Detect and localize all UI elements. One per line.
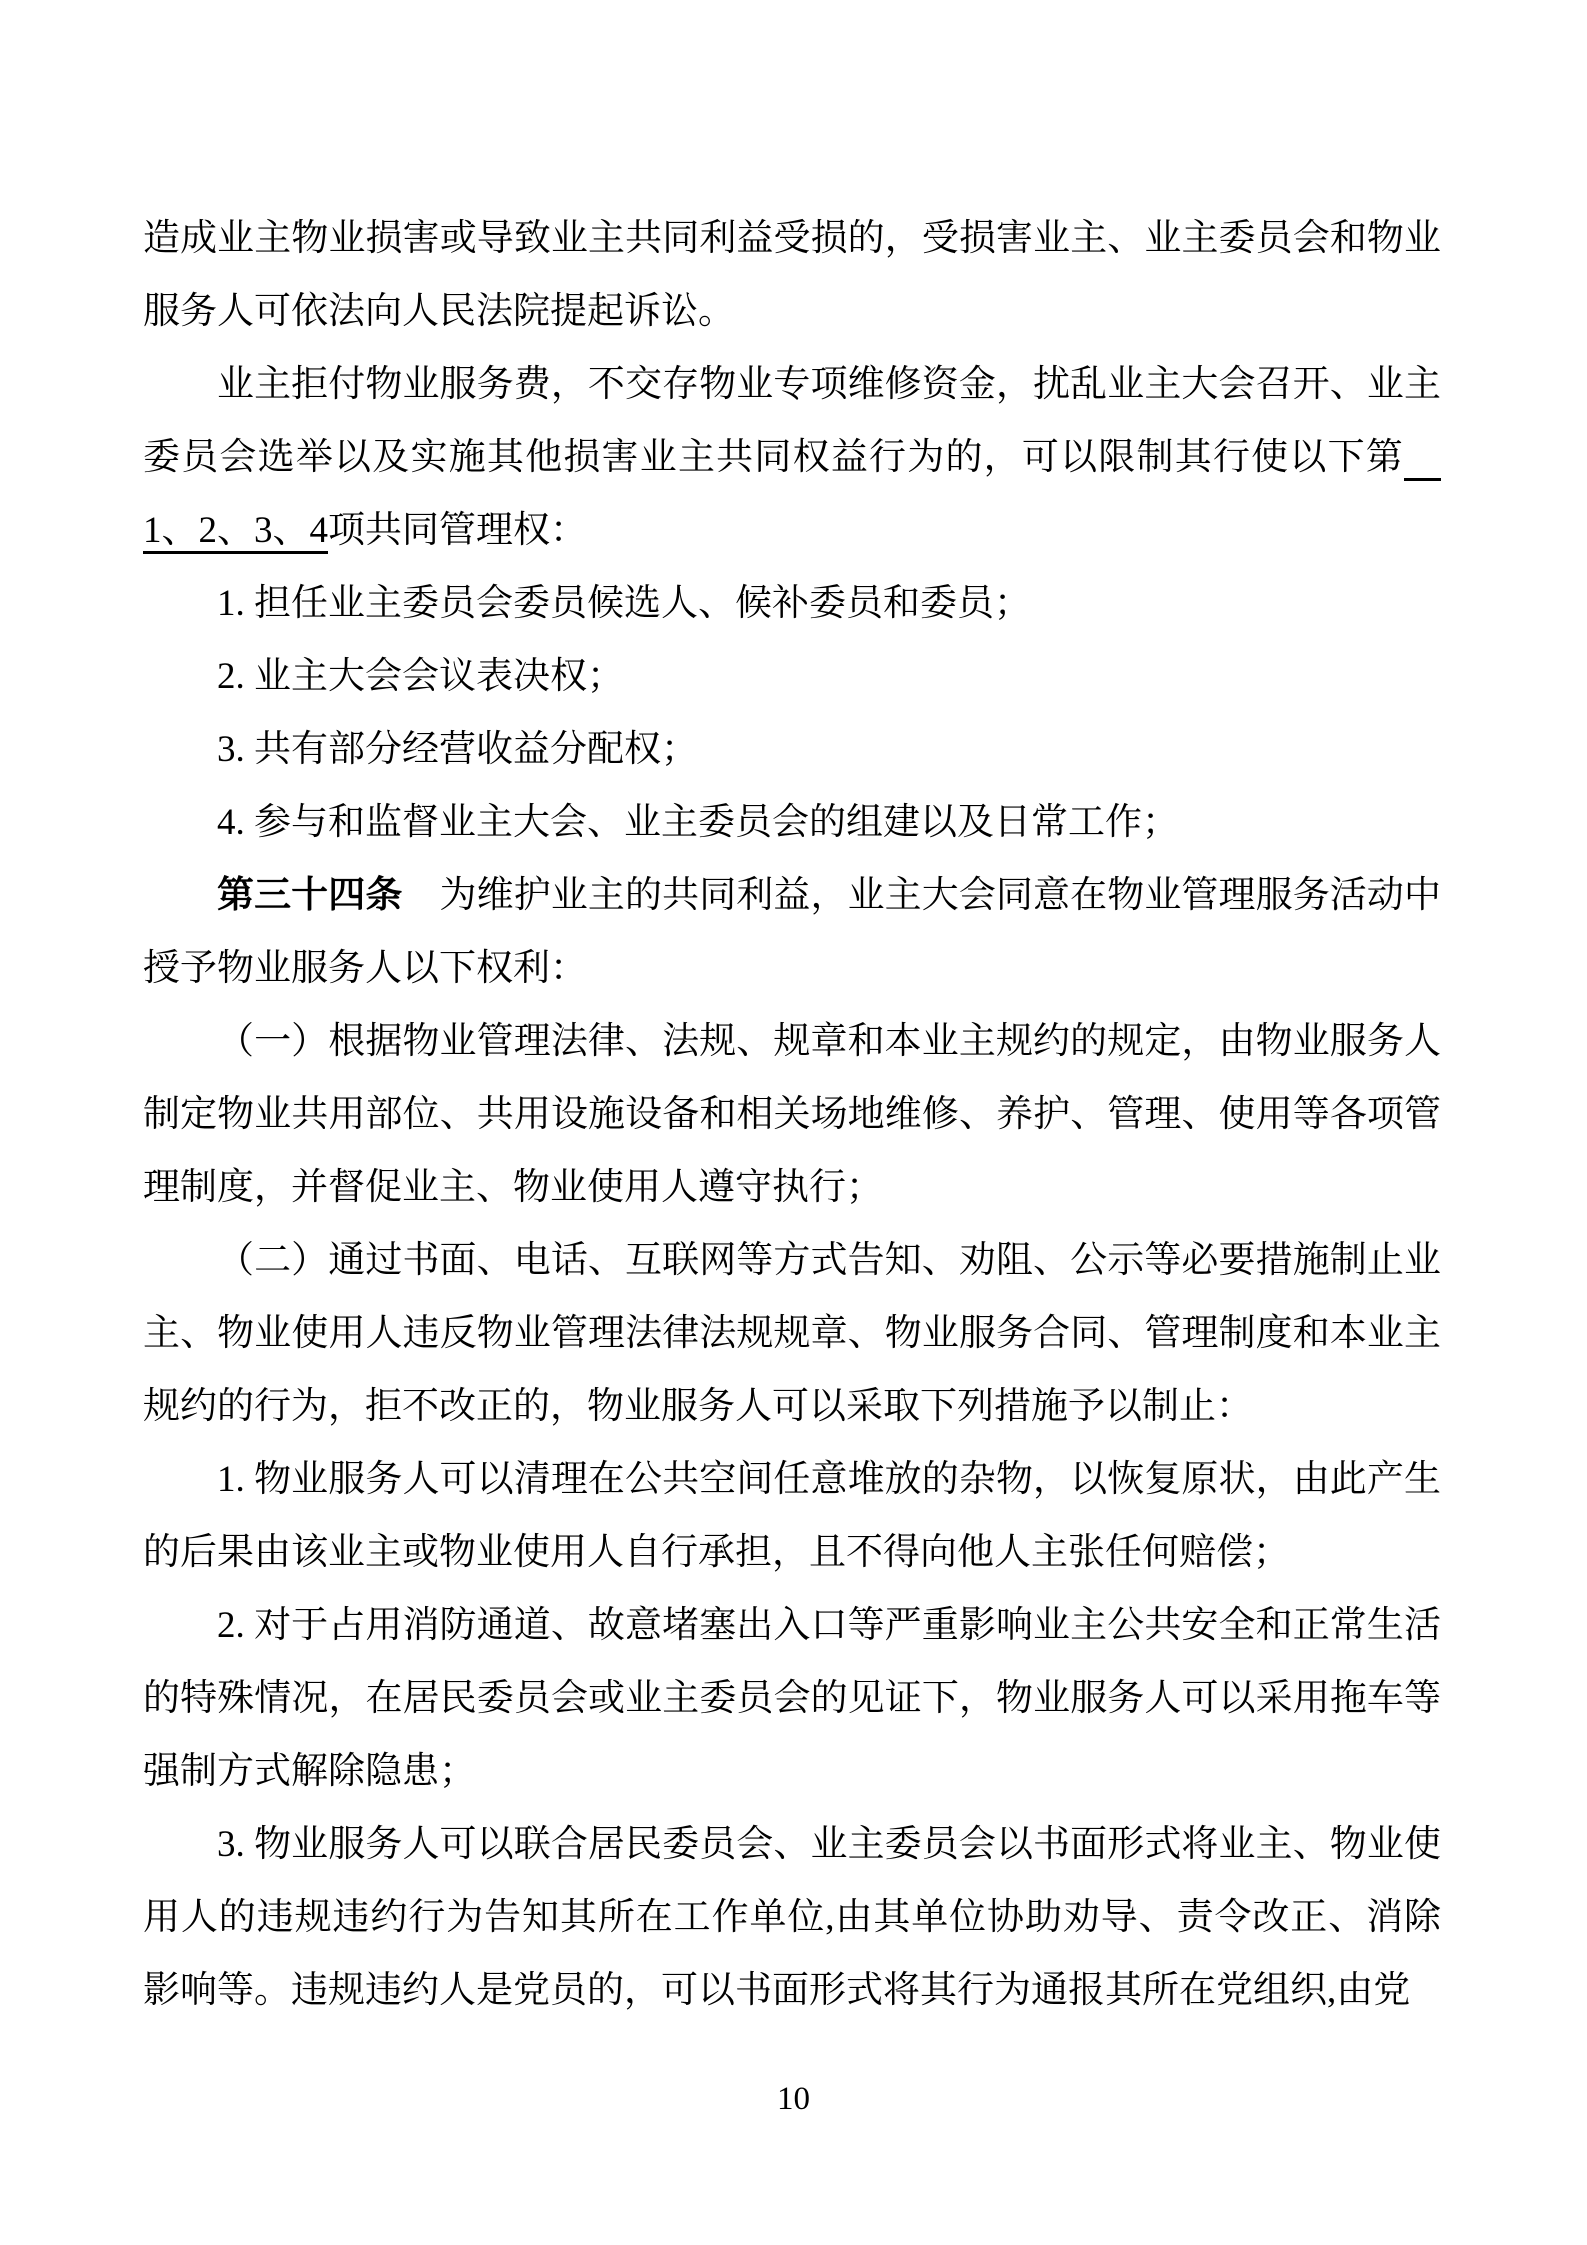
paragraph-9: （二）通过书面、电话、互联网等方式告知、劝阻、公示等必要措施制止业主、物业使用人… [143,1224,1441,1443]
paragraph-1: 造成业主物业损害或导致业主共同利益受损的，受损害业主、业主委员会和物业服务人可依… [143,202,1441,348]
text-run: 4. 参与和监督业主大会、业主委员会的组建以及日常工作； [217,802,1179,843]
page-number: 10 [777,2081,810,2117]
page-footer: 10 [0,2080,1587,2120]
paragraph-7: 第三十四条 为维护业主的共同利益，业主大会同意在物业管理服务活动中授予物业服务人… [143,859,1441,1005]
text-run: （一）根据物业管理法律、法规、规章和本业主规约的规定，由物业服务人制定物业共用部… [143,1021,1441,1208]
text-run: 3. 共有部分经营收益分配权； [217,729,698,770]
paragraph-4: 2. 业主大会会议表决权； [143,640,1441,713]
document-page: 造成业主物业损害或导致业主共同利益受损的，受损害业主、业主委员会和物业服务人可依… [0,0,1587,2245]
document-body: 造成业主物业损害或导致业主共同利益受损的，受损害业主、业主委员会和物业服务人可依… [143,202,1441,2027]
paragraph-2: 业主拒付物业服务费，不交存物业专项维修资金，扰乱业主大会召开、业主委员会选举以及… [143,348,1441,567]
paragraph-12: 3. 物业服务人可以联合居民委员会、业主委员会以书面形式将业主、物业使用人的违规… [143,1808,1441,2027]
paragraph-11: 2. 对于占用消防通道、故意堵塞出入口等严重影响业主公共安全和正常生活的特殊情况… [143,1589,1441,1808]
text-run: 2. 对于占用消防通道、故意堵塞出入口等严重影响业主公共安全和正常生活的特殊情况… [143,1605,1441,1792]
article-number-heading: 第三十四条 [217,875,402,916]
text-run: 3. 物业服务人可以联合居民委员会、业主委员会以书面形式将业主、物业使用人的违规… [143,1824,1441,2011]
text-run: 1. 物业服务人可以清理在公共空间任意堆放的杂物，以恢复原状，由此产生的后果由该… [143,1459,1441,1573]
paragraph-6: 4. 参与和监督业主大会、业主委员会的组建以及日常工作； [143,786,1441,859]
text-run: 2. 业主大会会议表决权； [217,656,624,697]
paragraph-10: 1. 物业服务人可以清理在公共空间任意堆放的杂物，以恢复原状，由此产生的后果由该… [143,1443,1441,1589]
text-run: 业主拒付物业服务费，不交存物业专项维修资金，扰乱业主大会召开、业主委员会选举以及… [143,364,1441,478]
text-run: 项共同管理权： [328,510,587,551]
paragraph-8: （一）根据物业管理法律、法规、规章和本业主规约的规定，由物业服务人制定物业共用部… [143,1005,1441,1224]
text-run: 1. 担任业主委员会委员候选人、候补委员和委员； [217,583,1031,624]
text-run: 造成业主物业损害或导致业主共同利益受损的，受损害业主、业主委员会和物业服务人可依… [143,218,1441,332]
text-run: （二）通过书面、电话、互联网等方式告知、劝阻、公示等必要措施制止业主、物业使用人… [143,1240,1441,1427]
paragraph-5: 3. 共有部分经营收益分配权； [143,713,1441,786]
paragraph-3: 1. 担任业主委员会委员候选人、候补委员和委员； [143,567,1441,640]
